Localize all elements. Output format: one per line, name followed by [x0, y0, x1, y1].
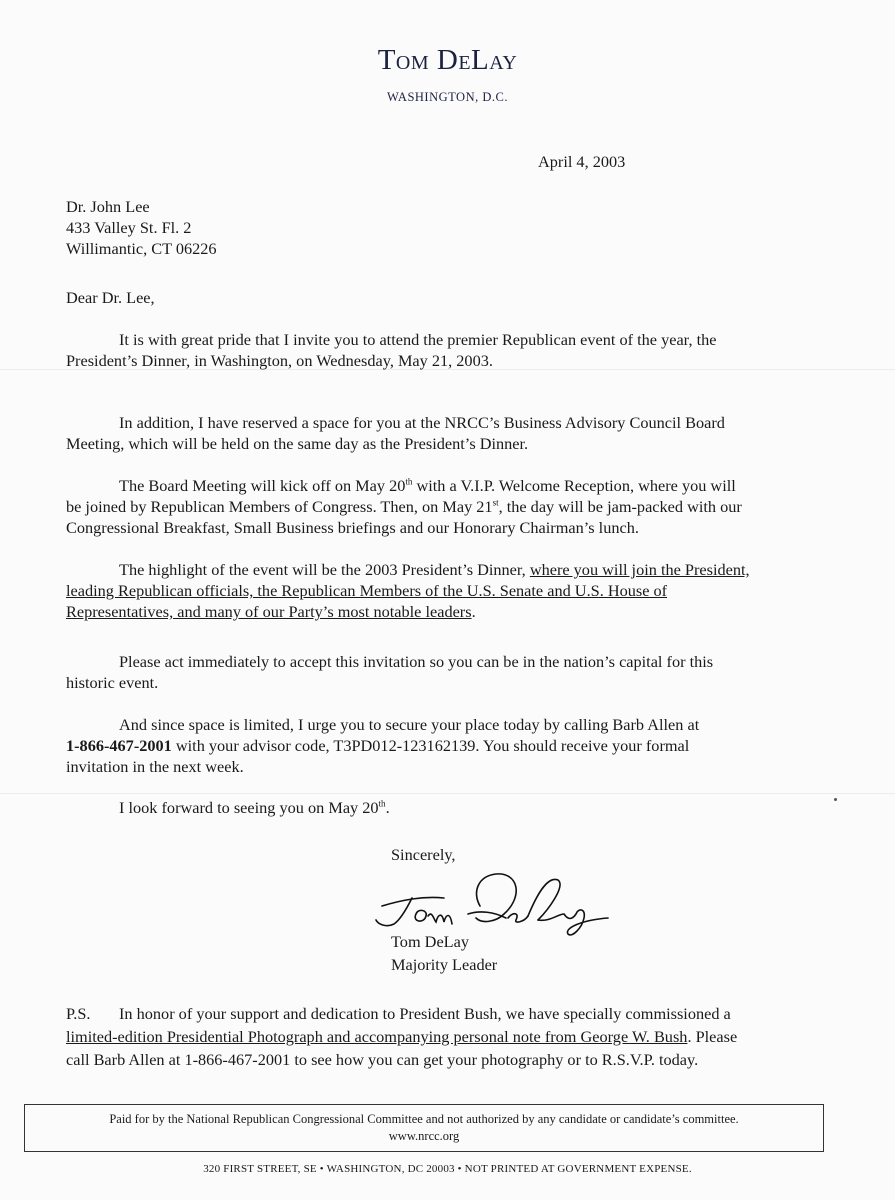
letter-page: Tom DeLay WASHINGTON, D.C. April 4, 2003…: [0, 0, 895, 1200]
phone-number: 1-866-467-2001: [66, 736, 172, 755]
underlined-text: limited-edition Presidential Photograph …: [66, 1027, 687, 1046]
underlined-text: where you will join the President,: [530, 560, 750, 579]
underlined-text: leading Republican officials, the Republ…: [66, 581, 667, 600]
letterhead-name: Tom DeLay: [0, 44, 895, 77]
p2-line1: In addition, I have reserved a space for…: [119, 413, 725, 432]
recipient-address: Dr. John Lee 433 Valley St. Fl. 2 Willim…: [66, 196, 217, 259]
signer-title: Majority Leader: [391, 953, 497, 976]
letterhead-city: WASHINGTON, D.C.: [0, 90, 895, 105]
postscript: P.S.In honor of your support and dedicat…: [66, 1002, 737, 1071]
p2-line2: Meeting, which will be held on the same …: [66, 433, 806, 454]
website-link[interactable]: www.nrcc.org: [25, 1128, 823, 1145]
recipient-city: Willimantic, CT 06226: [66, 238, 217, 259]
footer-address: 320 FIRST STREET, SE • WASHINGTON, DC 20…: [0, 1163, 895, 1175]
p3-line3: Congressional Breakfast, Small Business …: [66, 517, 806, 538]
p1-line2: President’s Dinner, in Washington, on We…: [66, 350, 806, 371]
disclaimer-box: Paid for by the National Republican Cong…: [24, 1104, 824, 1152]
paper-speck: [834, 798, 837, 801]
paragraph-7: I look forward to seeing you on May 20th…: [66, 797, 806, 818]
signer-block: Tom DeLay Majority Leader: [391, 930, 497, 976]
underlined-text: Representatives, and many of our Party’s…: [66, 602, 472, 621]
paragraph-4: The highlight of the event will be the 2…: [66, 559, 806, 622]
disclaimer-text: Paid for by the National Republican Cong…: [25, 1111, 823, 1128]
salutation: Dear Dr. Lee,: [66, 287, 155, 308]
paragraph-1: It is with great pride that I invite you…: [66, 329, 806, 371]
p1-line1: It is with great pride that I invite you…: [119, 330, 717, 349]
paragraph-5: Please act immediately to accept this in…: [66, 651, 806, 693]
letter-date: April 4, 2003: [538, 151, 625, 172]
fold-crease: [0, 793, 895, 794]
recipient-name: Dr. John Lee: [66, 196, 217, 217]
paragraph-6: And since space is limited, I urge you t…: [66, 714, 806, 777]
recipient-street: 433 Valley St. Fl. 2: [66, 217, 217, 238]
ps-label: P.S.: [66, 1002, 119, 1025]
paragraph-2: In addition, I have reserved a space for…: [66, 412, 806, 454]
paragraph-3: The Board Meeting will kick off on May 2…: [66, 475, 806, 538]
signer-name: Tom DeLay: [391, 930, 497, 953]
